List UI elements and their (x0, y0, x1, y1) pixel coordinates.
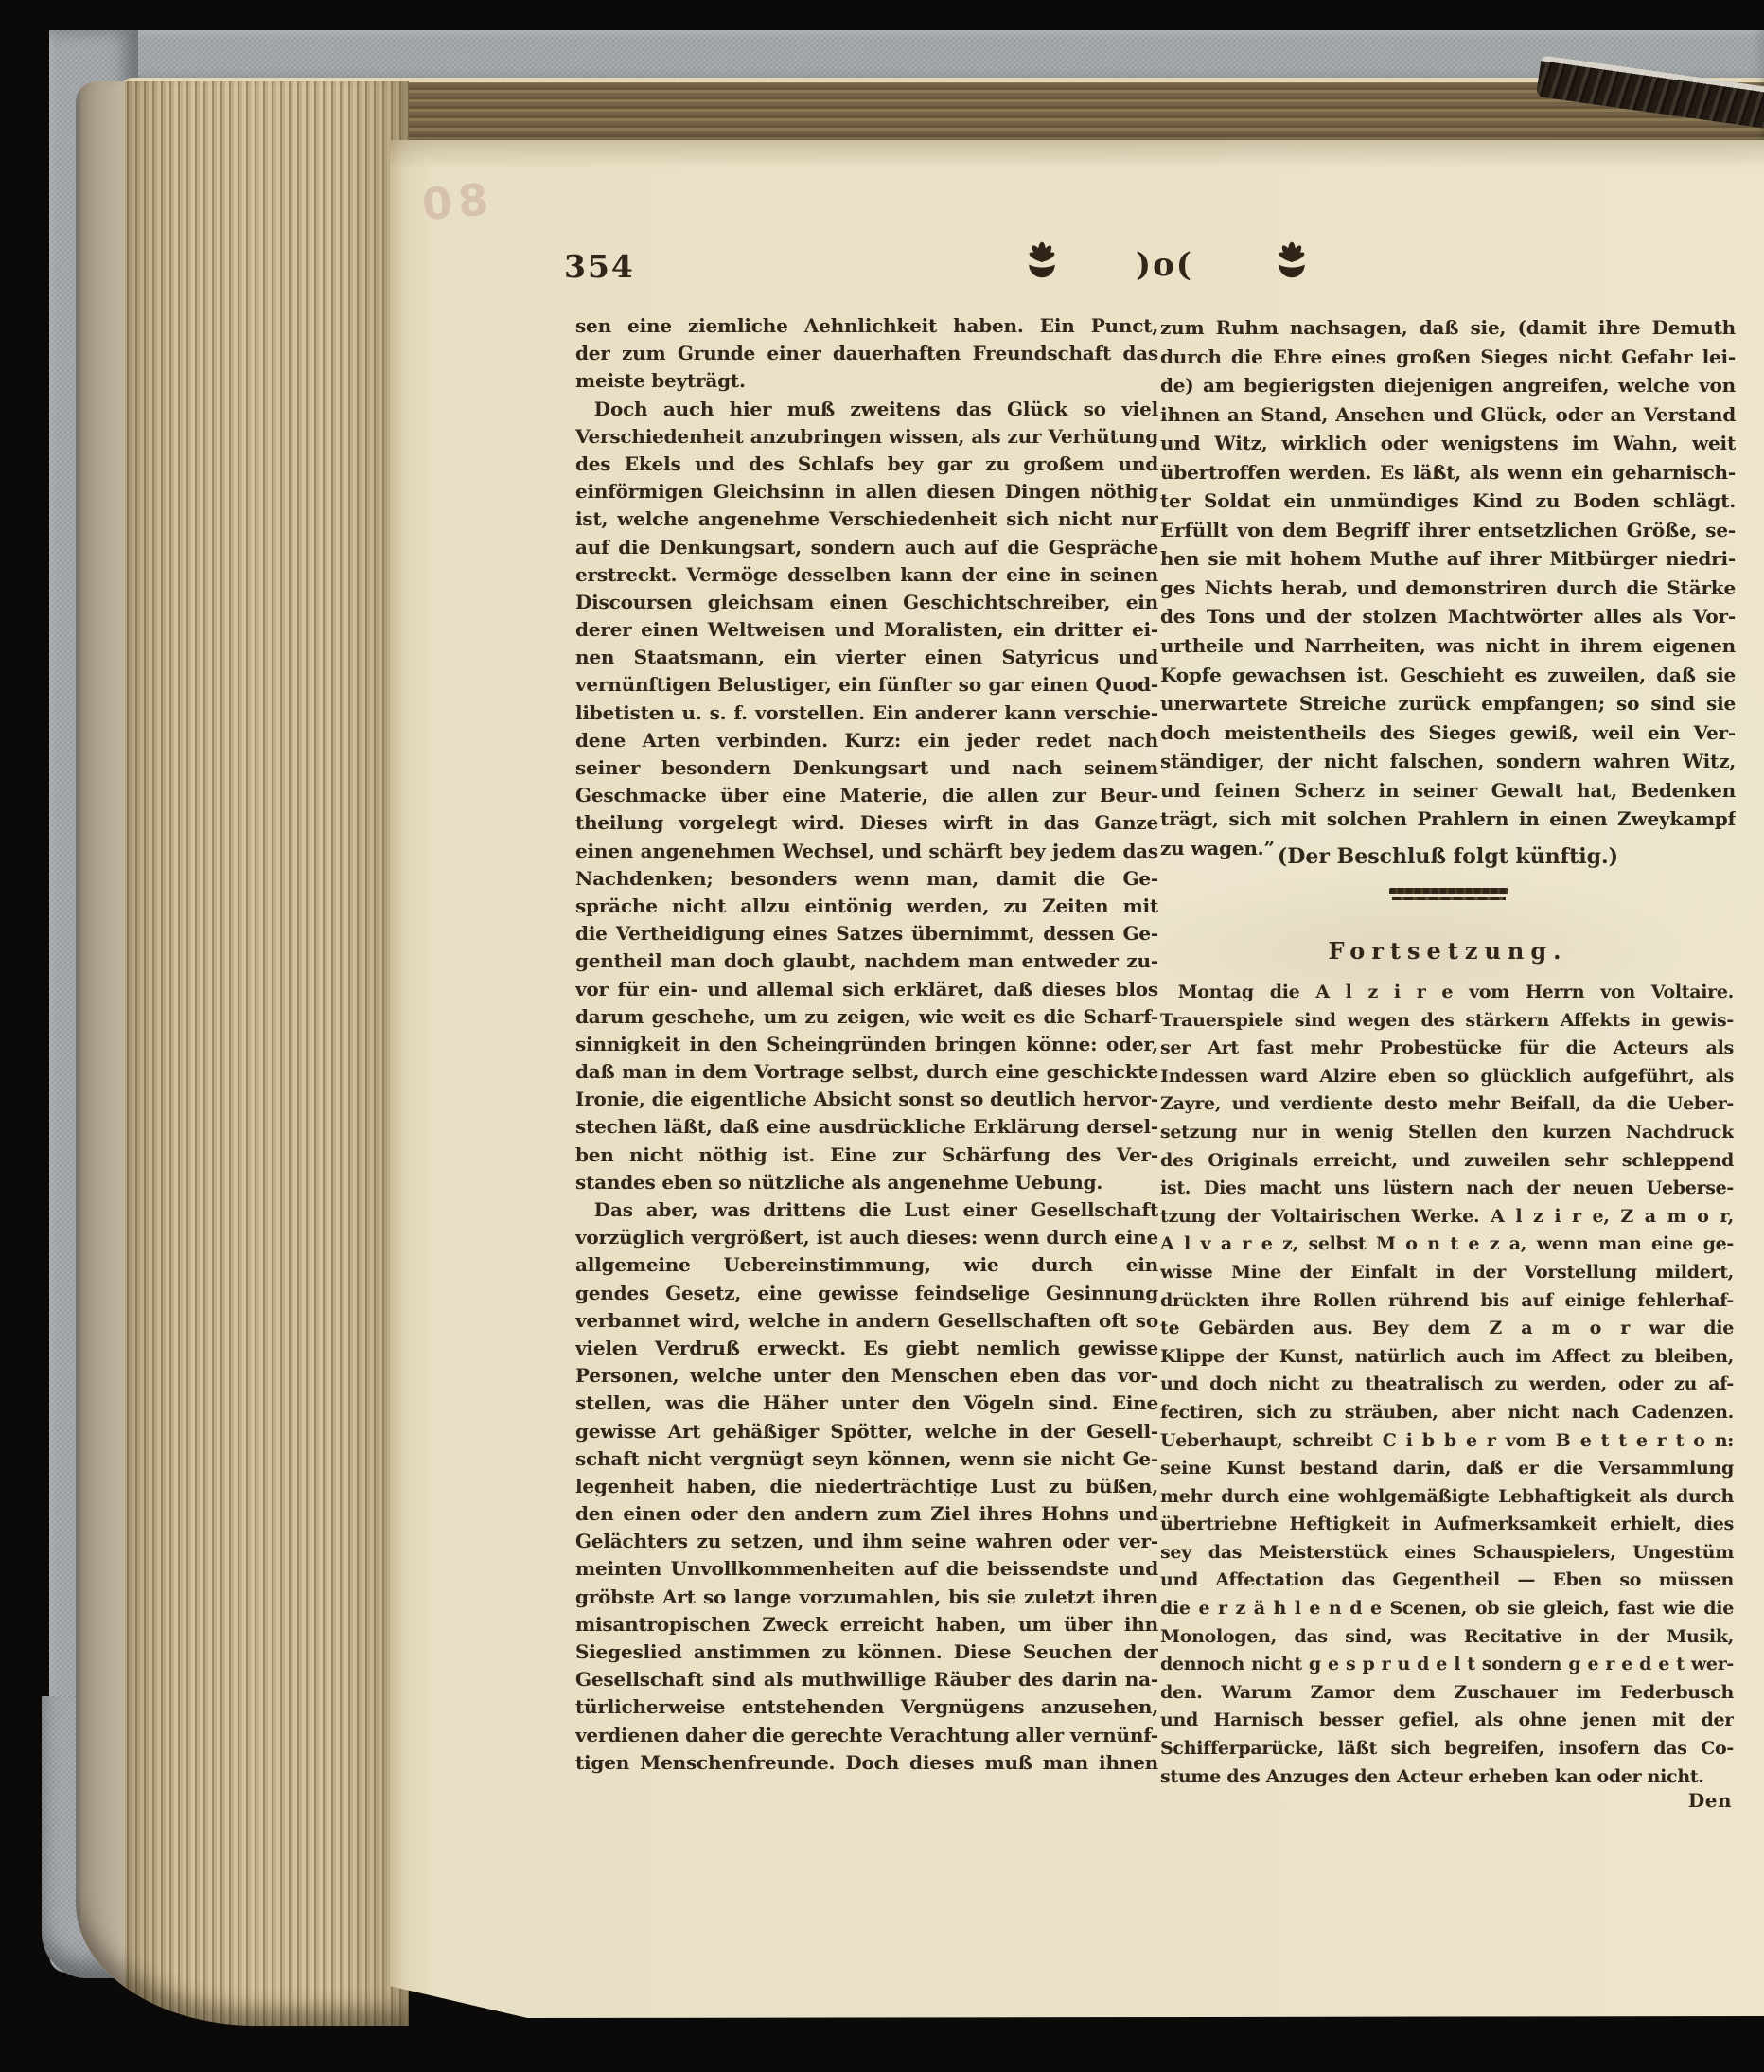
text-line: übertriebne Heftigkeit in Aufmerksamkeit… (1160, 1511, 1734, 1539)
text-line: des Ekels und des Schlafs bey gar zu gro… (575, 451, 1158, 478)
text-line: sey das Meisterstück eines Schauspielers… (1160, 1539, 1734, 1567)
text-line: stume des Anzuges den Acteur erheben kan… (1160, 1763, 1734, 1792)
text-line: und feinen Scherz in seiner Gewalt hat, … (1160, 776, 1736, 806)
text-line: übertroffen werden. Es läßt, als wenn ei… (1160, 458, 1736, 487)
text-line: einen angenehmen Wechsel, und schärft be… (575, 838, 1158, 865)
text-line: Geschmacke über eine Materie, die allen … (575, 782, 1158, 809)
text-line: zum Ruhm nachsagen, daß sie, (damit ihre… (1160, 313, 1736, 343)
text-line: Doch auch hier muß zweitens das Glück so… (575, 396, 1158, 423)
text-line: wisse Mine der Einfalt in der Vorstellun… (1160, 1259, 1734, 1287)
section-heading: Fortsetzung. (1160, 937, 1736, 965)
text-line: drückten ihre Rollen rührend bis auf ein… (1160, 1287, 1734, 1316)
text-line: Nachdenken; besonders wenn man, damit di… (575, 865, 1158, 893)
text-line: die e r z ä h l e n d e Scenen, ob sie g… (1160, 1595, 1734, 1623)
text-line: Indessen ward Alzire eben so glücklich a… (1160, 1063, 1734, 1091)
text-line: meiste beyträgt. (575, 367, 1158, 395)
text-line: meinten Unvollkommenheiten auf die beiss… (575, 1555, 1158, 1583)
text-line: der zum Grunde einer dauerhaften Freunds… (575, 340, 1158, 367)
text-line: daß man in dem Vortrage selbst, durch ei… (575, 1058, 1158, 1086)
text-line: und Affectation das Gegentheil — Eben so… (1160, 1567, 1734, 1595)
text-line: vorzüglich vergrößert, ist auch dieses: … (575, 1224, 1158, 1251)
text-line: A l v a r e z, selbst M o n t e z a, wen… (1160, 1231, 1734, 1259)
text-line: Das aber, was drittens die Lust einer Ge… (575, 1196, 1158, 1224)
text-line: Montag die A l z i r e vom Herrn von Vol… (1160, 979, 1734, 1007)
text-line: theilung vorgelegt wird. Dieses wirft in… (575, 809, 1158, 837)
text-line: misantropischen Zweck erreicht haben, um… (575, 1611, 1158, 1638)
text-line: libetisten u. s. f. vorstellen. Ein ande… (575, 700, 1158, 727)
text-line: Kopfe gewachsen ist. Geschieht es zuweil… (1160, 661, 1736, 690)
text-line: dennoch nicht g e s p r u d e l t sonder… (1160, 1651, 1734, 1679)
text-line: Monologen, das sind, was Recitative in d… (1160, 1623, 1734, 1652)
text-line: seine Kunst bestand darin, daß er die Ve… (1160, 1455, 1734, 1483)
text-line: te Gebärden aus. Bey dem Z a m o r war d… (1160, 1315, 1734, 1343)
text-line: türlicherweise entstehenden Vergnügens a… (575, 1693, 1158, 1721)
text-line: Ironie, die eigentliche Absicht sonst so… (575, 1086, 1158, 1113)
text-line: allgemeine Uebereinstimmung, wie durch e… (575, 1251, 1158, 1279)
closing-note: (Der Beschluß folgt künftig.) (1160, 844, 1736, 869)
text-line: legenheit haben, die niederträchtige Lus… (575, 1473, 1158, 1500)
text-line: nen Staatsmann, ein vierter einen Satyri… (575, 644, 1158, 671)
page-block-fore-edge (76, 81, 409, 2026)
text-line: vernünftigen Belustiger, ein fünfter so … (575, 671, 1158, 699)
text-line: die Vertheidigung eines Satzes übernimmt… (575, 920, 1158, 947)
text-line: Trauerspiele sind wegen des stärkern Aff… (1160, 1007, 1734, 1036)
text-line: spräche nicht allzu eintönig werden, zu … (575, 893, 1158, 920)
text-line: des Tons und der stolzen Machtwörter all… (1160, 602, 1736, 631)
text-line: und Harnisch besser gefiel, als ohne jen… (1160, 1707, 1734, 1735)
text-line: setzung nur in wenig Stellen den kurzen … (1160, 1119, 1734, 1147)
text-line: Gelächters zu setzen, und ihm seine wahr… (575, 1528, 1158, 1555)
text-line: tigen Menschenfreunde. Doch dieses muß m… (575, 1749, 1158, 1777)
text-line: unerwartete Streiche zurück empfangen; s… (1160, 689, 1736, 718)
text-line: doch meistentheils des Sieges gewiß, wei… (1160, 718, 1736, 748)
text-line: tzung der Voltairischen Werke. A l z i r… (1160, 1203, 1734, 1231)
text-line: und Witz, wirklich oder wenigstens im Wa… (1160, 429, 1736, 458)
text-line: trägt, sich mit solchen Prahlern in eine… (1160, 805, 1736, 834)
text-line: Ueberhaupt, schreibt C i b b e r vom B e… (1160, 1427, 1734, 1456)
text-line: ständiger, der nicht falschen, sondern w… (1160, 747, 1736, 776)
page-number: 354 (564, 248, 635, 285)
faint-stamp: 08 (420, 173, 496, 230)
text-line: ben nicht nöthig ist. Eine zur Schärfung… (575, 1142, 1158, 1169)
text-line: seiner besondern Denkungsart und nach se… (575, 754, 1158, 782)
text-line: den. Warum Zamor dem Zuschauer im Federb… (1160, 1679, 1734, 1708)
shell-ornament-icon (1268, 239, 1315, 290)
text-line: ist. Dies macht uns lüstern nach der neu… (1160, 1175, 1734, 1203)
text-line: gröbste Art so lange vorzumahlen, bis si… (575, 1584, 1158, 1611)
text-line: sinnigkeit in den Scheingründen bringen … (575, 1031, 1158, 1058)
text-line: ihnen an Stand, Ansehen und Glück, oder … (1160, 400, 1736, 430)
divider-rule (1392, 897, 1506, 900)
text-line: sen eine ziemliche Aehnlichkeit haben. E… (575, 312, 1158, 340)
text-line: Siegeslied anstimmen zu können. Diese Se… (575, 1638, 1158, 1666)
text-line: den einen oder den andern zum Ziel ihres… (575, 1500, 1158, 1528)
catchword: Den (1160, 1789, 1732, 1812)
right-text-column-upper: zum Ruhm nachsagen, daß sie, (damit ihre… (1160, 313, 1736, 862)
text-line: Erfüllt von dem Begriff ihrer entsetzlic… (1160, 516, 1736, 545)
text-line: Klippe der Kunst, natürlich auch im Affe… (1160, 1343, 1734, 1372)
text-line: Schifferparücke, läßt sich begreifen, in… (1160, 1735, 1734, 1763)
text-line: stechen läßt, daß eine ausdrückliche Erk… (575, 1113, 1158, 1141)
text-line: hen sie mit hohem Muthe auf ihrer Mitbür… (1160, 544, 1736, 574)
text-line: des Originals erreicht, und zuweilen seh… (1160, 1147, 1734, 1176)
text-line: dene Arten verbinden. Kurz: ein jeder re… (575, 727, 1158, 754)
text-line: durch die Ehre eines großen Sieges nicht… (1160, 343, 1736, 372)
text-line: ter Soldat ein unmündiges Kind zu Boden … (1160, 487, 1736, 516)
text-line: erstreckt. Vermöge desselben kann der ei… (575, 561, 1158, 589)
text-line: verbannet wird, welche in andern Gesells… (575, 1307, 1158, 1335)
text-line: vielen Verdruß erweckt. Es giebt nemlich… (575, 1335, 1158, 1362)
text-line: vor für ein- und allemal sich erkläret, … (575, 976, 1158, 1003)
text-line: ges Nichts herab, und demonstriren durch… (1160, 574, 1736, 603)
text-line: darum geschehe, um zu zeigen, wie weit e… (575, 1003, 1158, 1031)
text-line: gentheil man doch glaubt, nachdem man en… (575, 947, 1158, 975)
book-page: 08 354 )o( (390, 140, 1764, 2026)
text-line: gewisse Art gehäßiger Spötter, welche in… (575, 1418, 1158, 1445)
text-line: urtheile und Narrheiten, was nicht in ih… (1160, 631, 1736, 661)
text-line: einförmigen Gleichsinn in allen diesen D… (575, 478, 1158, 505)
text-line: stellen, was die Häher unter den Vögeln … (575, 1390, 1158, 1417)
text-line: und doch nicht zu theatralisch zu werden… (1160, 1371, 1734, 1399)
text-line: de) am begierigsten diejenigen angreifen… (1160, 371, 1736, 400)
text-line: schaft nicht vergnügt seyn können, wenn … (575, 1445, 1158, 1473)
text-line: Zayre, und verdiente desto mehr Beifall,… (1160, 1090, 1734, 1119)
section-divider (1389, 888, 1508, 903)
text-line: standes eben so nützliche als angenehme … (575, 1169, 1158, 1196)
left-text-column: sen eine ziemliche Aehnlichkeit haben. E… (575, 312, 1158, 1777)
text-line: Discoursen gleichsam einen Geschichtschr… (575, 589, 1158, 616)
text-line: derer einen Weltweisen und Moralisten, e… (575, 616, 1158, 644)
text-line: mehr durch eine wohlgemäßigte Lebhaftigk… (1160, 1483, 1734, 1512)
text-line: fectiren, sich zu sträuben, aber nicht n… (1160, 1399, 1734, 1427)
text-line: Personen, welche unter den Menschen eben… (575, 1362, 1158, 1390)
text-line: ser Art fast mehr Probestücke für die Ac… (1160, 1035, 1734, 1063)
text-line: auf die Denkungsart, sondern auch auf di… (575, 534, 1158, 561)
text-line: ist, welche angenehme Verschiedenheit si… (575, 505, 1158, 533)
divider-rule (1389, 888, 1508, 894)
shell-ornament-icon (1018, 239, 1066, 290)
text-line: Gesellschaft sind als muthwillige Räuber… (575, 1666, 1158, 1693)
text-line: gendes Gesetz, eine gewisse feindselige … (575, 1280, 1158, 1307)
text-line: verdienen daher die gerechte Verachtung … (575, 1722, 1158, 1749)
text-line: Verschiedenheit anzubringen wissen, als … (575, 423, 1158, 451)
right-text-column-lower: Montag die A l z i r e vom Herrn von Vol… (1160, 979, 1734, 1791)
header-ornament-center: )o( (1136, 246, 1193, 284)
